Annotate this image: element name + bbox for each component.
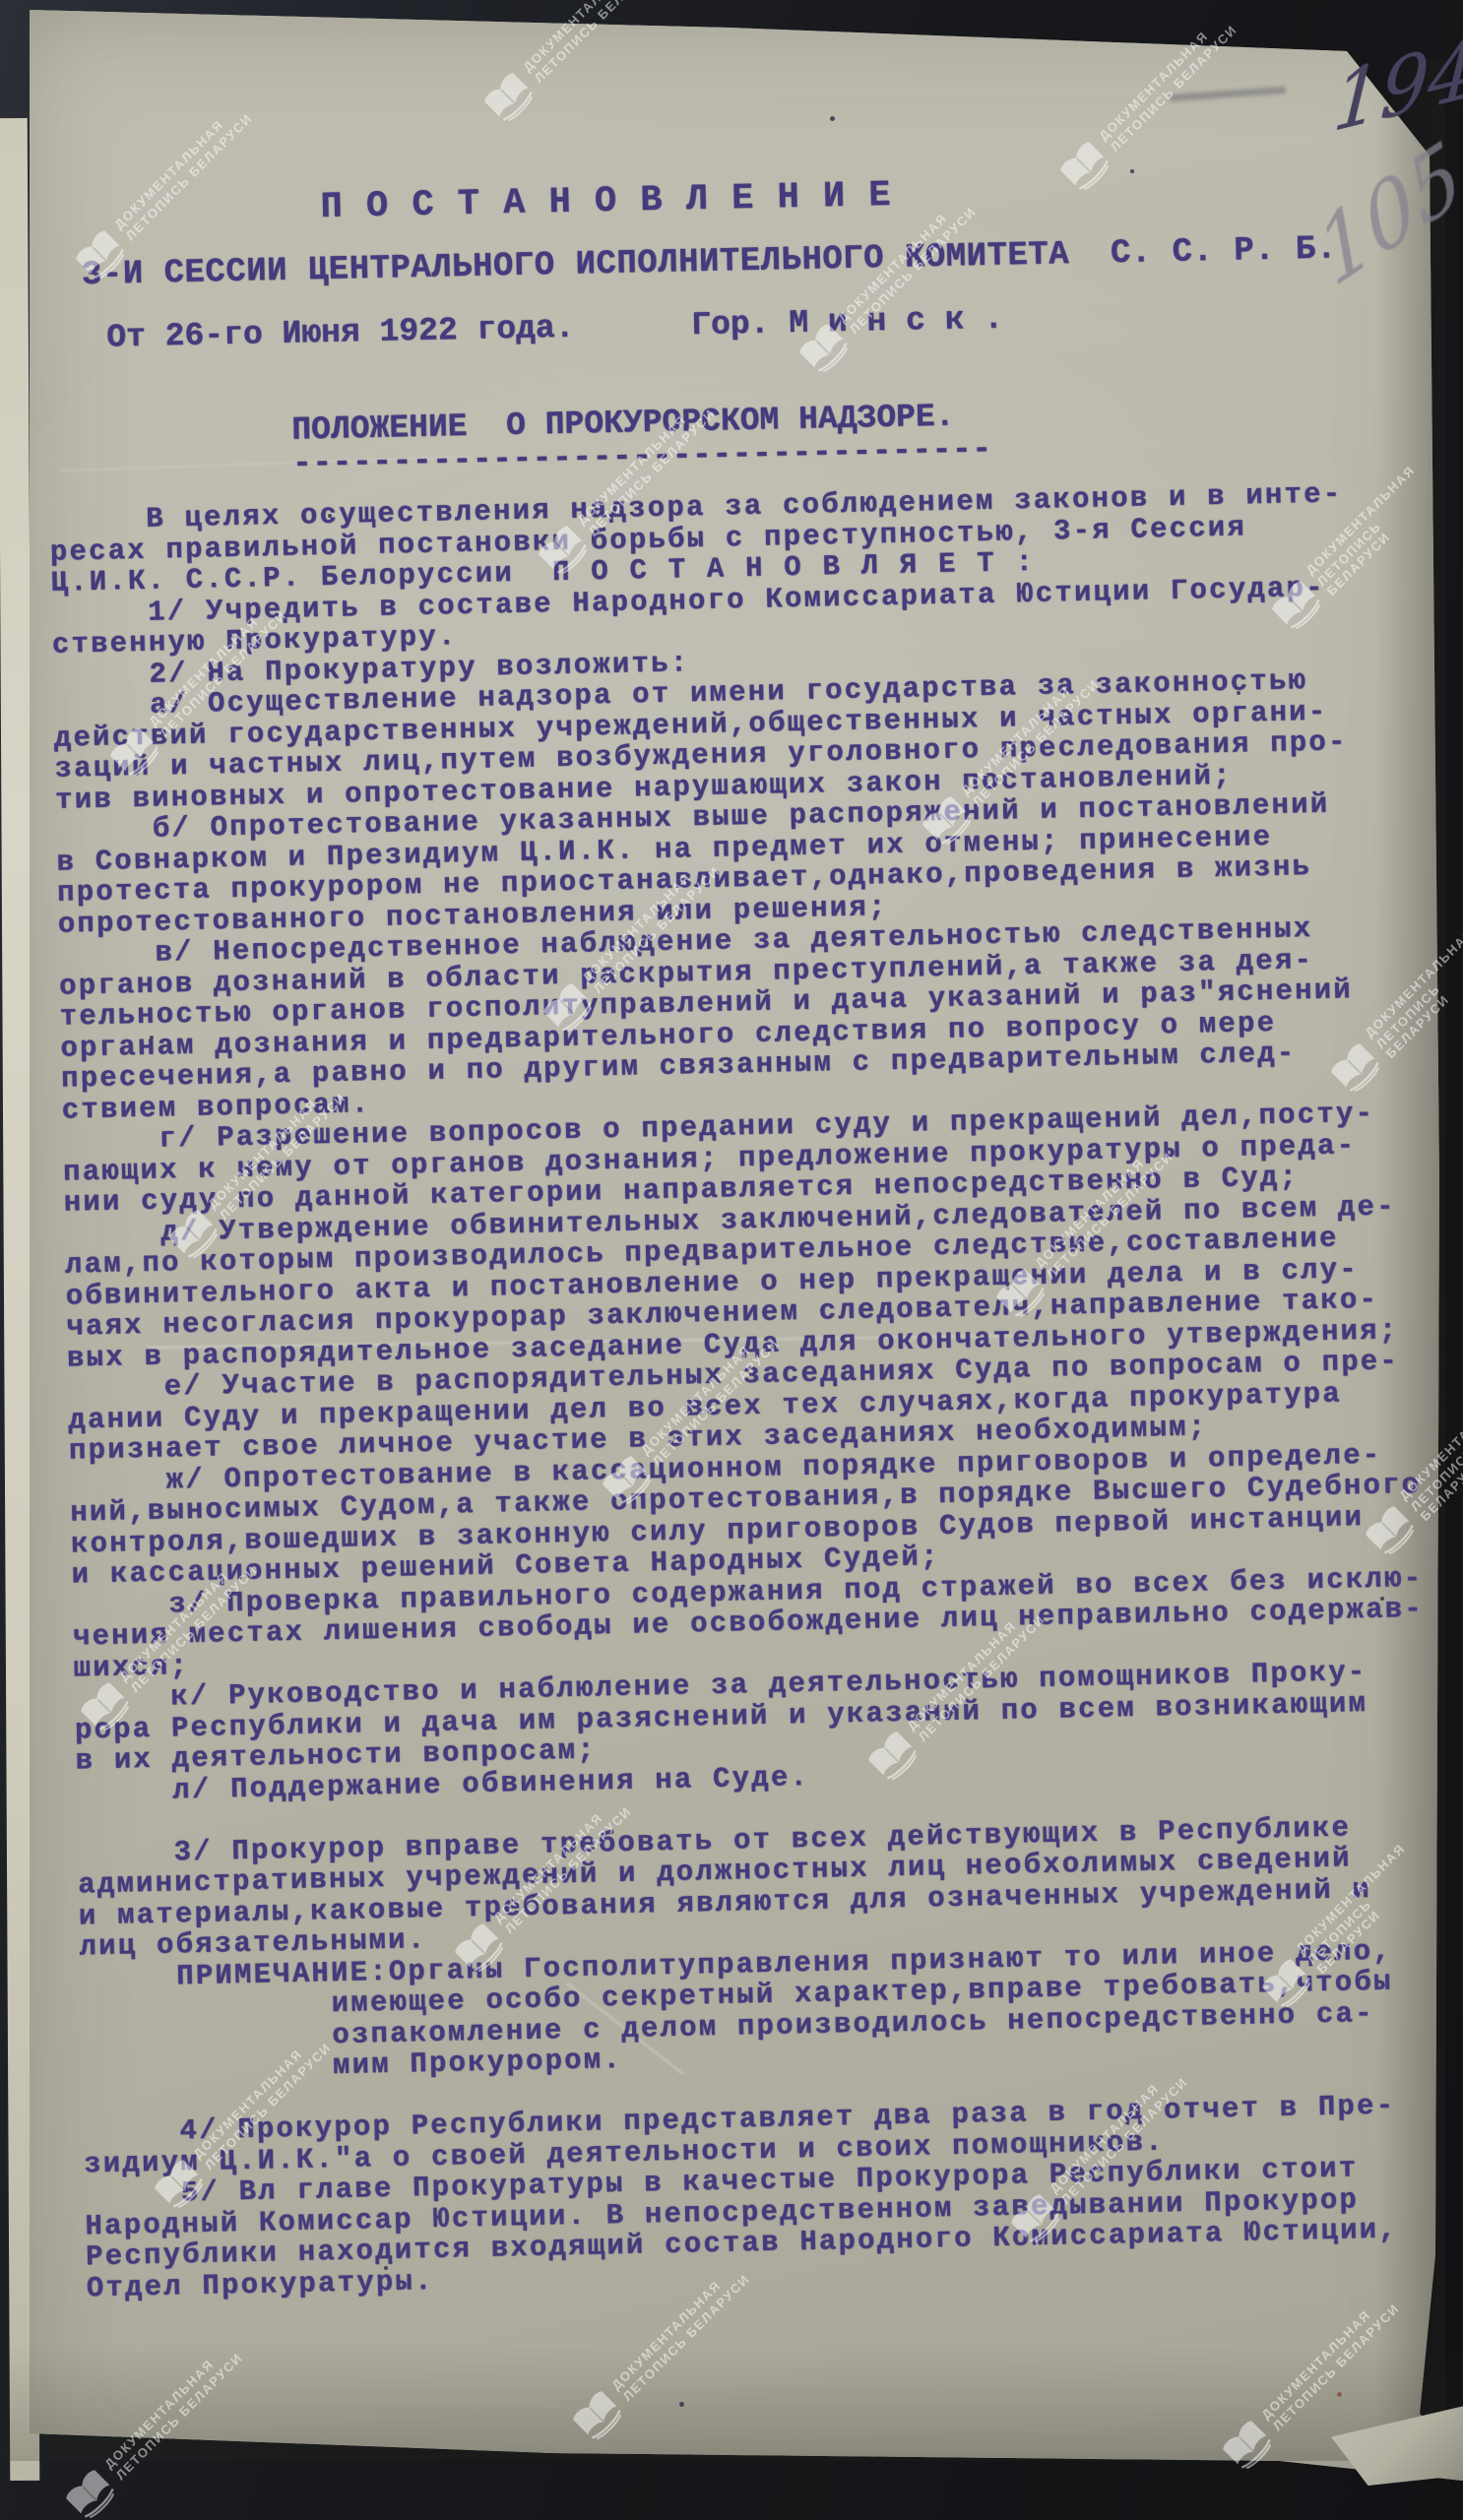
document-title: П О С Т А Н О В Л Е Н И Е [320,175,892,228]
document-dateline: От 26-го Июня 1922 года. Гор. М и н с к … [106,300,1004,355]
document-subtitle: 3-И СЕССИИ ЦЕНТРАЛЬНОГО ИСПОЛНИТЕЛЬНОГО … [82,230,1338,294]
body-lines: В целях осуществления надзора за соблюде… [49,477,1437,2303]
typewritten-content: П О С Т А Н О В Л Е Н И Е 3-И СЕССИИ ЦЕН… [0,0,1463,2520]
scanned-document-page: П О С Т А Н О В Л Е Н И Е 3-И СЕССИИ ЦЕН… [0,0,1463,2520]
